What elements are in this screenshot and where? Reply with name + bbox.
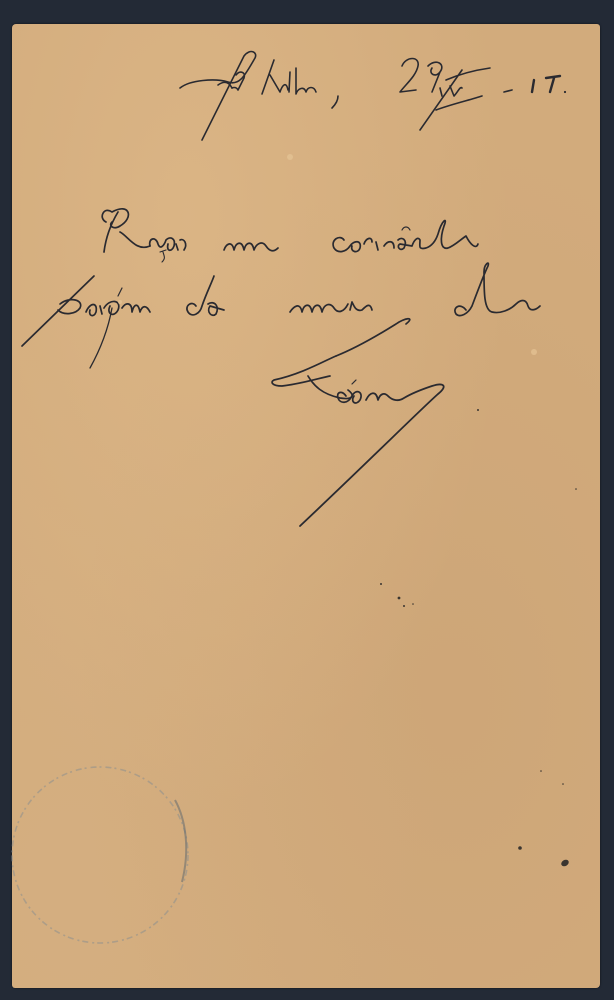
- body-line-2-handwriting: [22, 263, 540, 368]
- paper-specks: [380, 409, 577, 868]
- postmark-stamp: [12, 767, 188, 943]
- body-line-1-handwriting: [102, 209, 478, 262]
- handwriting-ink: [0, 0, 614, 1000]
- signature-handwriting: [272, 319, 444, 526]
- header-handwriting: [180, 52, 566, 140]
- paper-light-spots: [118, 154, 537, 355]
